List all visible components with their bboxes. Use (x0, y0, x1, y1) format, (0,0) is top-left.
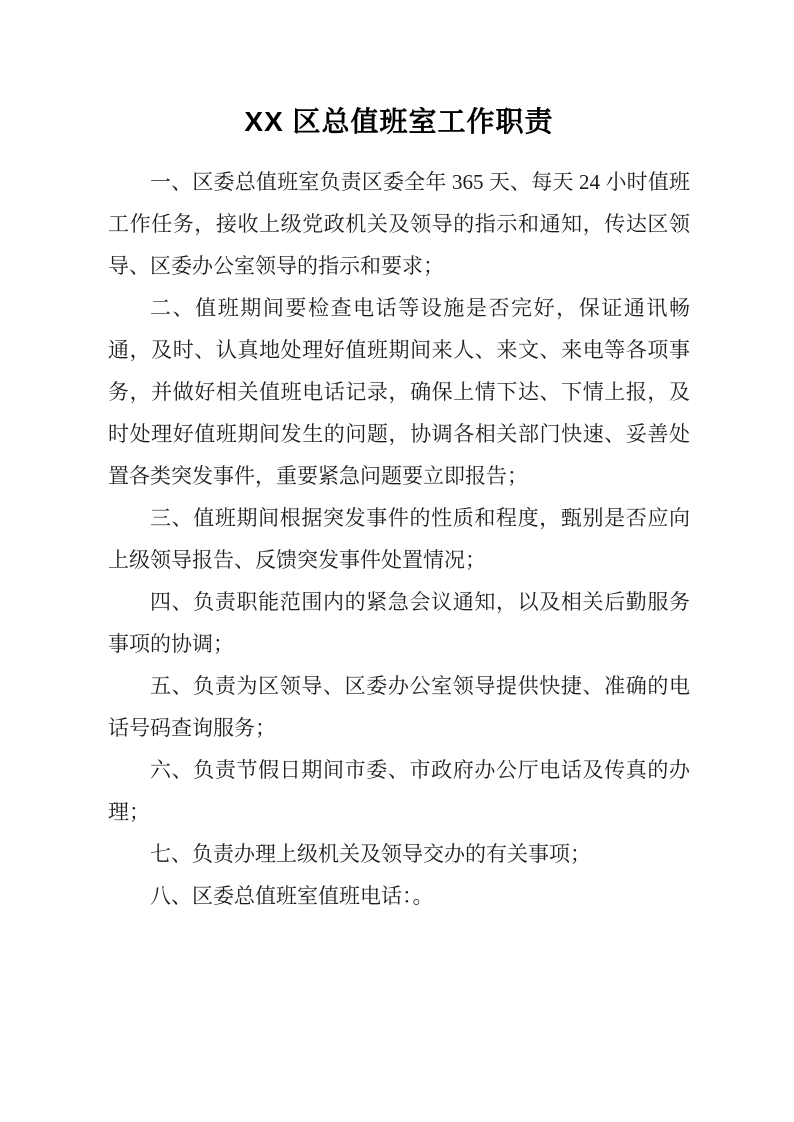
paragraph-8: 八、区委总值班室值班电话：。 (108, 875, 690, 917)
paragraph-1: 一、区委总值班室负责区委全年 365 天、每天 24 小时值班工作任务，接收上级… (108, 161, 690, 287)
paragraph-7: 七、负责办理上级机关及领导交办的有关事项； (108, 833, 690, 875)
paragraph-3: 三、值班期间根据突发事件的性质和程度，甄别是否应向上级领导报告、反馈突发事件处置… (108, 497, 690, 581)
paragraph-6: 六、负责节假日期间市委、市政府办公厅电话及传真的办理； (108, 749, 690, 833)
paragraph-4: 四、负责职能范围内的紧急会议通知，以及相关后勤服务事项的协调； (108, 581, 690, 665)
paragraph-2: 二、值班期间要检查电话等设施是否完好，保证通讯畅通，及时、认真地处理好值班期间来… (108, 287, 690, 497)
document-title: XX 区总值班室工作职责 (108, 100, 690, 144)
paragraph-5: 五、负责为区领导、区委办公室领导提供快捷、准确的电话号码查询服务； (108, 665, 690, 749)
document-page: XX 区总值班室工作职责 一、区委总值班室负责区委全年 365 天、每天 24 … (0, 0, 794, 1122)
